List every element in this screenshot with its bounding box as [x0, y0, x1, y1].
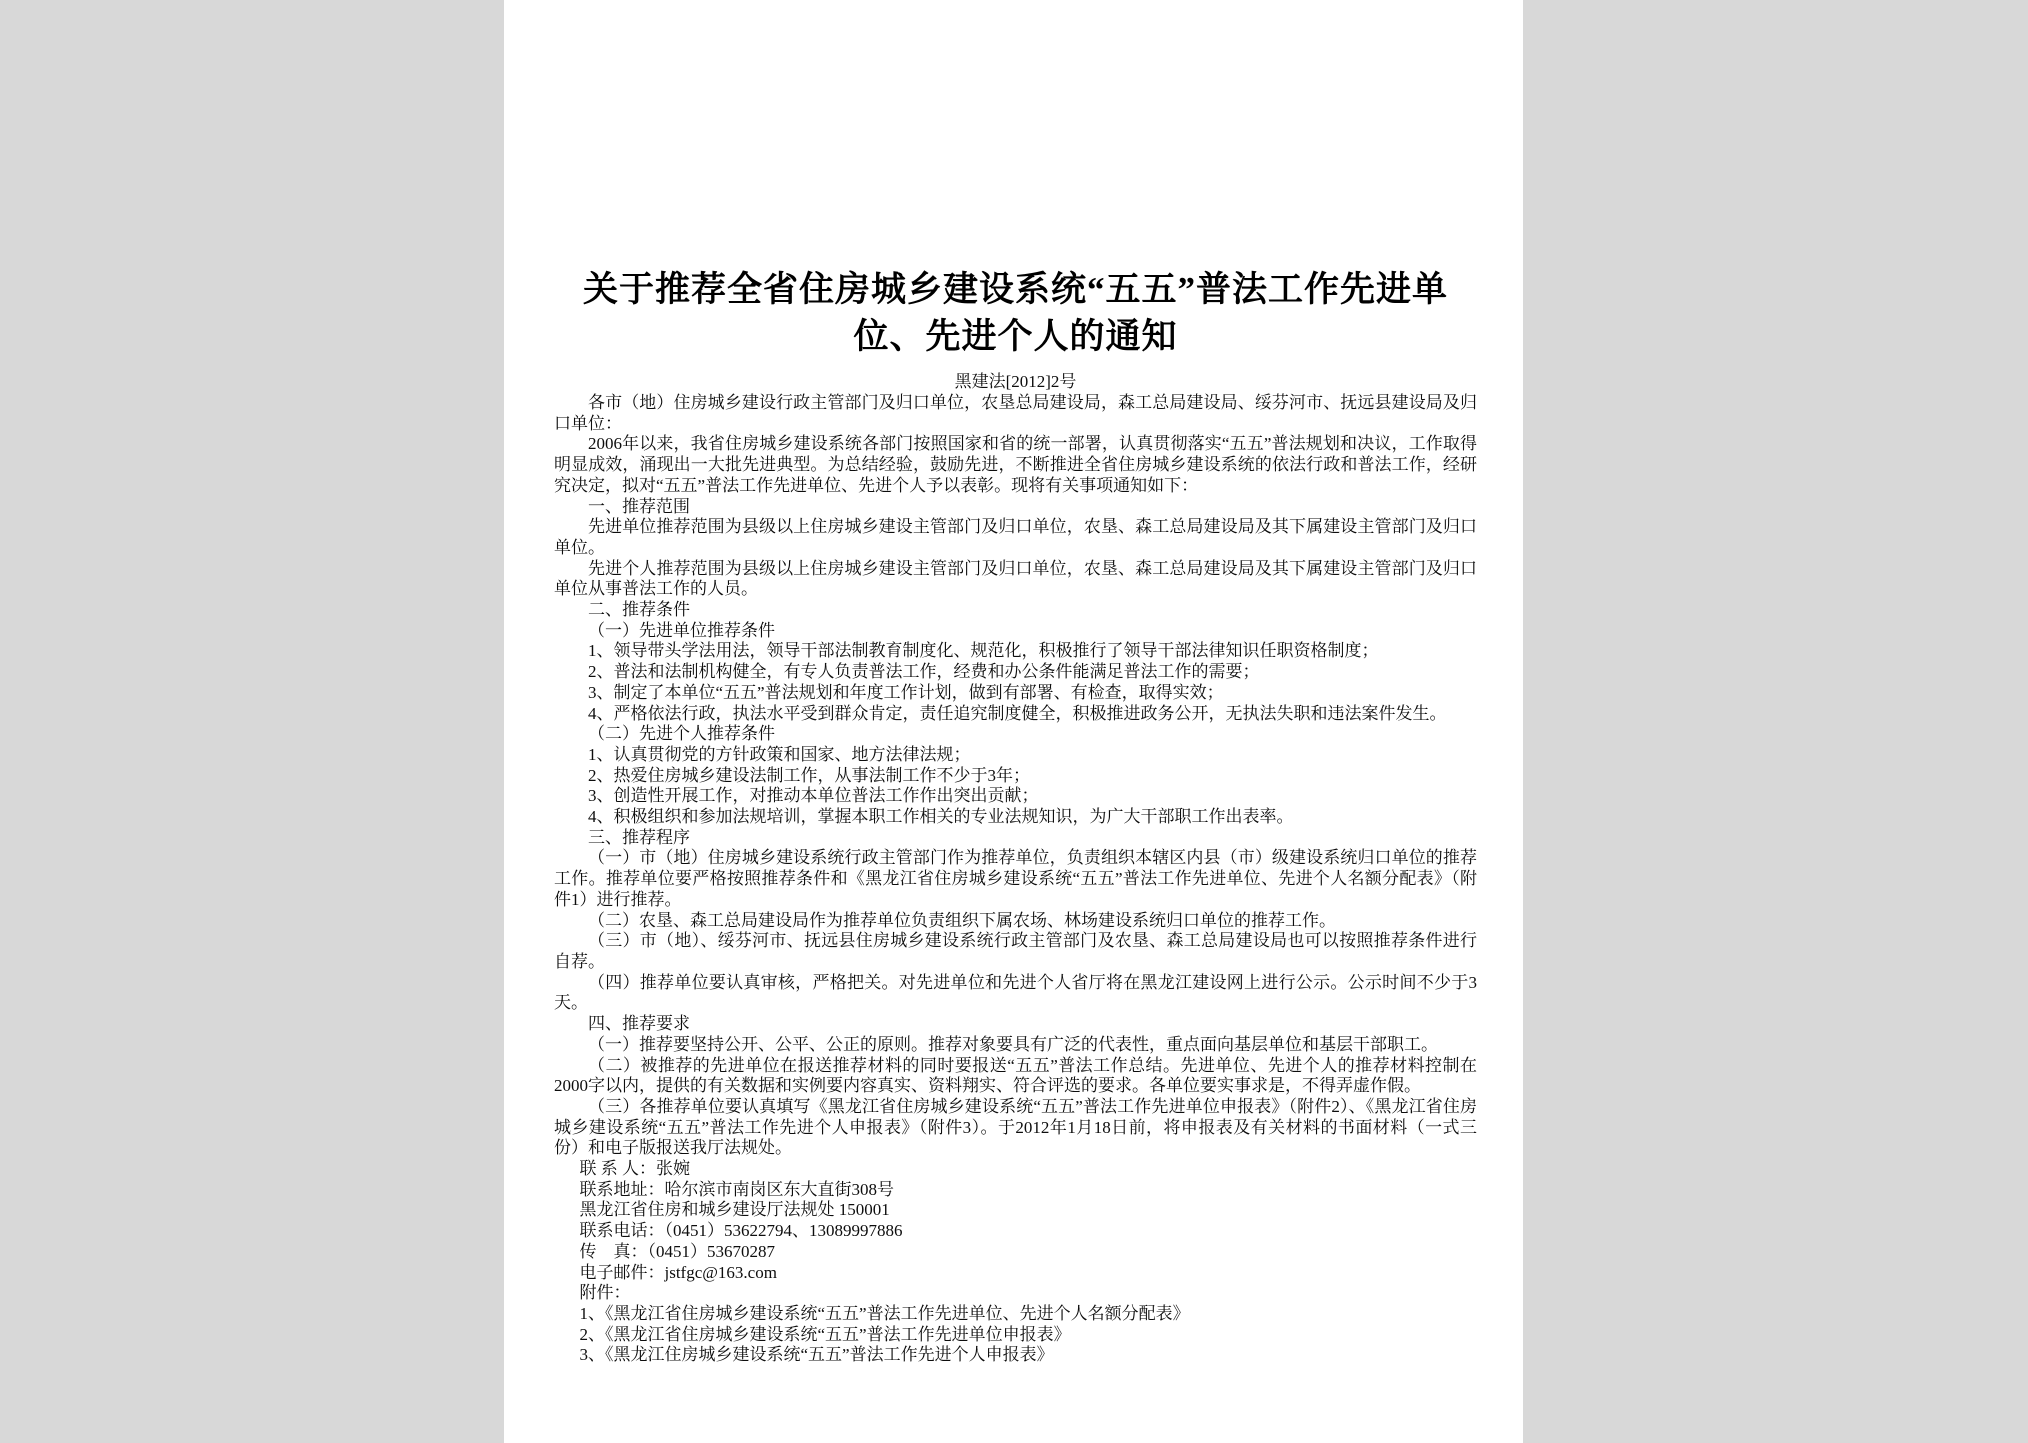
document-paper: 关于推荐全省住房城乡建设系统“五五”普法工作先进单 位、先进个人的通知 黑建法[… [504, 0, 1523, 1443]
paragraph: 2、普法和法制机构健全，有专人负责普法工作，经费和办公条件能满足普法工作的需要； [554, 662, 1477, 683]
paragraph: 传 真：（0451）53670287 [554, 1242, 1477, 1263]
paragraph: 各市（地）住房城乡建设行政主管部门及归口单位，农垦总局建设局，森工总局建设局、绥… [554, 393, 1477, 434]
paragraph: （三）市（地）、绥芬河市、抚远县住房城乡建设系统行政主管部门及农垦、森工总局建设… [554, 931, 1477, 972]
paragraph: （二）先进个人推荐条件 [554, 724, 1477, 745]
paragraph: （一）市（地）住房城乡建设系统行政主管部门作为推荐单位，负责组织本辖区内县（市）… [554, 848, 1477, 910]
title-line-2: 位、先进个人的通知 [554, 313, 1477, 360]
paragraph: 3、《黑龙江住房城乡建设系统“五五”普法工作先进个人申报表》 [554, 1345, 1477, 1366]
paragraph: （一）推荐要坚持公开、公平、公正的原则。推荐对象要具有广泛的代表性，重点面向基层… [554, 1035, 1477, 1056]
paragraph: 先进单位推荐范围为县级以上住房城乡建设主管部门及归口单位，农垦、森工总局建设局及… [554, 517, 1477, 558]
paragraph: 1、认真贯彻党的方针政策和国家、地方法律法规； [554, 745, 1477, 766]
paragraph: （一）先进单位推荐条件 [554, 621, 1477, 642]
paragraph: 附件： [554, 1283, 1477, 1304]
paragraph: 1、《黑龙江省住房城乡建设系统“五五”普法工作先进单位、先进个人名额分配表》 [554, 1304, 1477, 1325]
paragraph: 2、《黑龙江省住房城乡建设系统“五五”普法工作先进单位申报表》 [554, 1325, 1477, 1346]
paragraph: （二）被推荐的先进单位在报送推荐材料的同时要报送“五五”普法工作总结。先进单位、… [554, 1056, 1477, 1097]
paragraph: 2、热爱住房城乡建设法制工作，从事法制工作不少于3年； [554, 766, 1477, 787]
paragraph: 2006年以来，我省住房城乡建设系统各部门按照国家和省的统一部署，认真贯彻落实“… [554, 434, 1477, 496]
paragraph: 二、推荐条件 [554, 600, 1477, 621]
paragraph: 黑龙江省住房和城乡建设厅法规处 150001 [554, 1200, 1477, 1221]
paragraph: 四、推荐要求 [554, 1014, 1477, 1035]
paragraph: 3、创造性开展工作，对推动本单位普法工作作出突出贡献； [554, 786, 1477, 807]
paragraph: （四）推荐单位要认真审核，严格把关。对先进单位和先进个人省厅将在黑龙江建设网上进… [554, 973, 1477, 1014]
paragraph: 联系电话：（0451）53622794、13089997886 [554, 1221, 1477, 1242]
paragraph: 先进个人推荐范围为县级以上住房城乡建设主管部门及归口单位，农垦、森工总局建设局及… [554, 559, 1477, 600]
document-body: 各市（地）住房城乡建设行政主管部门及归口单位，农垦总局建设局，森工总局建设局、绥… [554, 393, 1477, 1366]
paragraph: （二）农垦、森工总局建设局作为推荐单位负责组织下属农场、林场建设系统归口单位的推… [554, 911, 1477, 932]
paragraph: 3、制定了本单位“五五”普法规划和年度工作计划，做到有部署、有检查，取得实效； [554, 683, 1477, 704]
paragraph: 1、领导带头学法用法，领导干部法制教育制度化、规范化，积极推行了领导干部法律知识… [554, 641, 1477, 662]
paragraph: 电子邮件：jstfgc@163.com [554, 1263, 1477, 1284]
paragraph: 联 系 人：张婉 [554, 1159, 1477, 1180]
paragraph: 一、推荐范围 [554, 497, 1477, 518]
paragraph: （三）各推荐单位要认真填写《黑龙江省住房城乡建设系统“五五”普法工作先进单位申报… [554, 1097, 1477, 1159]
doc-number: 黑建法[2012]2号 [554, 371, 1477, 392]
paragraph: 联系地址：哈尔滨市南岗区东大直街308号 [554, 1180, 1477, 1201]
paragraph: 4、积极组织和参加法规培训，掌握本职工作相关的专业法规知识，为广大干部职工作出表… [554, 807, 1477, 828]
paragraph: 4、严格依法行政，执法水平受到群众肯定，责任追究制度健全，积极推进政务公开，无执… [554, 704, 1477, 725]
document-title: 关于推荐全省住房城乡建设系统“五五”普法工作先进单 位、先进个人的通知 [554, 266, 1477, 360]
paragraph: 三、推荐程序 [554, 828, 1477, 849]
title-line-1: 关于推荐全省住房城乡建设系统“五五”普法工作先进单 [554, 266, 1477, 313]
screenshot-root: { "meta": { "background_color": "#d8d8d8… [0, 0, 2028, 1443]
